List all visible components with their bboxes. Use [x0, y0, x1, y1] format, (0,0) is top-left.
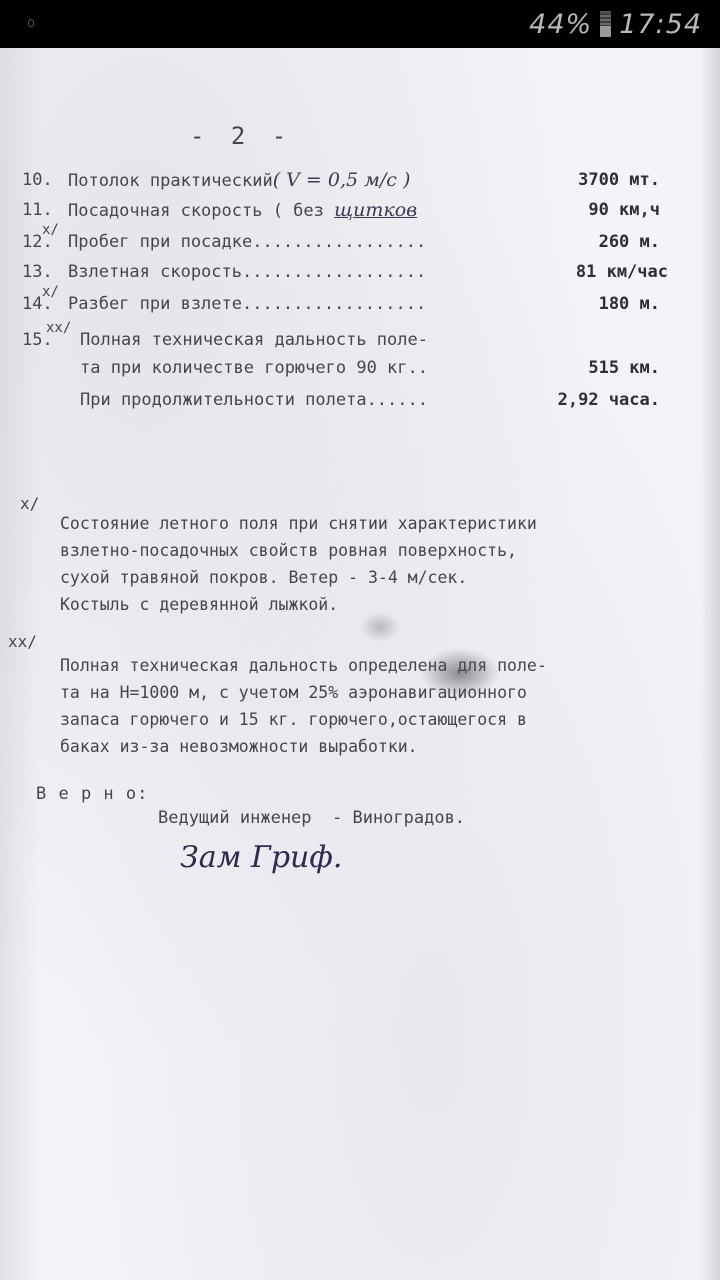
- handwritten-annotation: ( V = 0,5 м/с ): [273, 169, 411, 191]
- item-value: 260 м.: [599, 232, 660, 252]
- footnote-mark: xx/: [46, 320, 71, 336]
- footnote-mark: x/: [42, 222, 59, 238]
- footnote-mark: x/: [20, 494, 39, 513]
- battery-percent: 44%: [529, 9, 592, 40]
- spec-row: 12.x/Пробег при посадке.................…: [0, 232, 720, 254]
- spec-row: При продолжительности полета......2,92 ч…: [0, 390, 720, 412]
- spec-row: 14.x/Разбег при взлете..................…: [0, 294, 720, 316]
- notification-icon: [28, 19, 34, 27]
- spec-row: 10.Потолок практический( V = 0,5 м/с )37…: [0, 170, 720, 192]
- status-bar: 44% 17:54: [0, 0, 720, 48]
- item-number: 10.: [22, 170, 53, 190]
- item-label: Потолок практический( V = 0,5 м/с ): [68, 170, 410, 191]
- item-label: При продолжительности полета......: [80, 390, 428, 410]
- item-label: Взлетная скорость..................: [68, 262, 426, 282]
- item-label: Разбег при взлете..................: [68, 294, 426, 314]
- item-number: 11.: [22, 200, 53, 220]
- spec-row: 11.Посадочная скорость ( без щитков90 км…: [0, 200, 720, 222]
- item-value: 81 км/час: [576, 262, 668, 282]
- item-value: 2,92 часа.: [558, 390, 660, 410]
- item-value: 515 км.: [588, 358, 660, 378]
- item-value: 90 км,ч: [588, 200, 660, 220]
- handwritten-annotation: щитков: [334, 199, 417, 221]
- item-value: 3700 мт.: [578, 170, 660, 190]
- item-label: Пробег при посадке.................: [68, 232, 426, 252]
- footnote-text: Полная техническая дальность определена …: [60, 652, 680, 760]
- page-number: - 2 -: [190, 126, 292, 146]
- document-page: - 2 - 10.Потолок практический( V = 0,5 м…: [0, 48, 720, 1280]
- verified-label: В е р н о:: [36, 784, 148, 804]
- handwritten-signature: Зам Гриф.: [180, 840, 342, 875]
- signatory-line: Ведущий инженер - Виноградов.: [158, 808, 465, 828]
- battery-icon: [600, 11, 611, 37]
- footnote-mark: xx/: [8, 632, 37, 651]
- spec-row: 15.xx/Полная техническая дальность поле-: [0, 330, 720, 352]
- status-indicators: 44% 17:54: [529, 6, 702, 42]
- item-label: Посадочная скорость ( без щитков: [68, 200, 417, 221]
- spec-row: 13.Взлетная скорость..................81…: [0, 262, 720, 284]
- clock: 17:54: [619, 9, 702, 40]
- footnote-text: Состояние летного поля при снятии характ…: [60, 510, 680, 618]
- item-label: Полная техническая дальность поле-: [80, 330, 428, 350]
- item-value: 180 м.: [599, 294, 660, 314]
- spec-row: та при количестве горючего 90 кг..515 км…: [0, 358, 720, 380]
- item-number: 13.: [22, 262, 53, 282]
- footnote-mark: x/: [42, 284, 59, 300]
- item-label: та при количестве горючего 90 кг..: [80, 358, 428, 378]
